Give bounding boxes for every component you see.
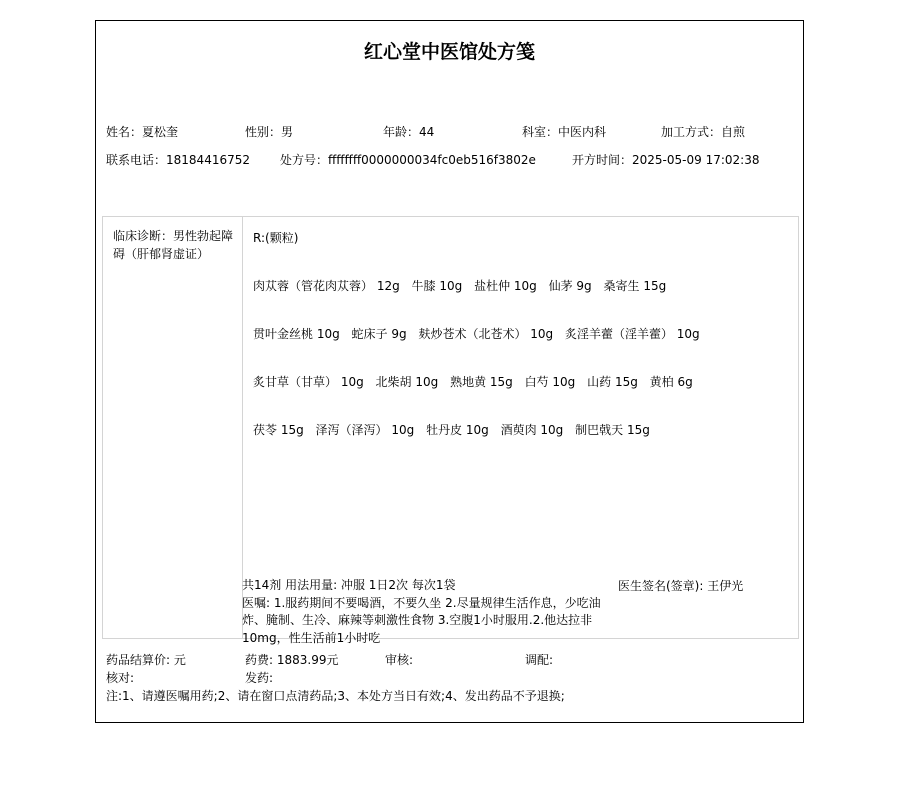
medicine-item: 牛膝 10g: [412, 279, 463, 293]
doctor-name: 王伊光: [707, 579, 743, 593]
prescription-box: 临床诊断：男性勃起障碍（肝郁肾虚证） R:(颗粒) 肉苁蓉（管花肉苁蓉） 12g…: [102, 216, 799, 639]
diagnosis-label: 临床诊断：: [113, 229, 173, 243]
patient-age: 年龄：44: [383, 123, 434, 140]
medicine-item: 蛇床子 9g: [352, 327, 407, 341]
age-value: 44: [419, 125, 434, 139]
rx-number-label: 处方号：: [280, 153, 328, 167]
medicine-item: 北柴胡 10g: [376, 375, 439, 389]
medicine-item: 牡丹皮 10g: [426, 423, 489, 437]
medicine-item: 黄柏 6g: [650, 375, 693, 389]
medicine-item: 盐杜仲 10g: [474, 279, 537, 293]
issue-field: 发药:: [245, 669, 273, 686]
fee-value: 1883.99元: [277, 653, 339, 667]
medicine-line-4: 茯苓 15g 泽泻（泽泻） 10g 牡丹皮 10g 酒萸肉 10g 制巴戟天 1…: [253, 421, 658, 438]
review-field: 审核:: [385, 651, 413, 668]
drug-fee: 药费: 1883.99元: [245, 651, 338, 668]
dispense-field: 调配:: [525, 651, 553, 668]
age-label: 年龄：: [383, 125, 419, 139]
medicine-line-3: 炙甘草（甘草） 10g 北柴胡 10g 熟地黄 15g 白芍 10g 山药 15…: [253, 373, 701, 390]
phone: 联系电话：18184416752: [106, 151, 250, 168]
rx-time: 开方时间：2025-05-09 17:02:38: [572, 151, 759, 168]
rx-number: 处方号：ffffffff0000000034fc0eb516f3802e: [280, 151, 536, 168]
name-value: 夏松奎: [142, 125, 178, 139]
medical-advice: 医嘱: 1.服药期间不要喝酒，不要久坐 2.尽量规律生活作息，少吃油炸、腌制、生…: [242, 595, 622, 648]
medicine-item: 山药 15g: [587, 375, 638, 389]
gender-label: 性别：: [245, 125, 281, 139]
fee-label: 药费:: [245, 653, 277, 667]
patient-name: 姓名：夏松奎: [106, 123, 178, 140]
rx-time-value: 2025-05-09 17:02:38: [632, 153, 759, 167]
medicine-item: 桑寄生 15g: [604, 279, 667, 293]
settle-price: 药品结算价: 元: [106, 651, 186, 668]
processing-value: 自煎: [721, 125, 745, 139]
phone-label: 联系电话：: [106, 153, 166, 167]
department-label: 科室：: [522, 125, 558, 139]
name-label: 姓名：: [106, 125, 142, 139]
medicine-item: 制巴戟天 15g: [575, 423, 650, 437]
prescription-sheet: 红心堂中医馆处方笺 姓名：夏松奎 性别：男 年龄：44 科室：中医内科 加工方式…: [95, 20, 804, 723]
gender-value: 男: [281, 125, 293, 139]
medicine-item: 炙淫羊藿（淫羊藿） 10g: [565, 327, 700, 341]
check-field: 核对:: [106, 669, 134, 686]
doctor-label: 医生签名(签章):: [618, 579, 707, 593]
processing-method: 加工方式：自煎: [661, 123, 745, 140]
medicine-item: 白芍 10g: [525, 375, 576, 389]
medicine-item: 贯叶金丝桃 10g: [253, 327, 340, 341]
advice-text: 1.服药期间不要喝酒，不要久坐 2.尽量规律生活作息，少吃油炸、腌制、生冷、麻辣…: [242, 596, 601, 645]
doctor-signature: 医生签名(签章): 王伊光: [618, 577, 743, 594]
medicine-item: 泽泻（泽泻） 10g: [316, 423, 415, 437]
medicine-item: 炙甘草（甘草） 10g: [253, 375, 364, 389]
usage-text: 共14剂 用法用量: 冲服 1日2次 每次1袋: [242, 577, 622, 595]
processing-label: 加工方式：: [661, 125, 721, 139]
usage-section: 共14剂 用法用量: 冲服 1日2次 每次1袋 医嘱: 1.服药期间不要喝酒，不…: [242, 577, 622, 647]
phone-value: 18184416752: [166, 153, 250, 167]
page-title: 红心堂中医馆处方笺: [96, 37, 803, 64]
rx-header: R:(颗粒): [253, 229, 298, 246]
patient-gender: 性别：男: [245, 123, 293, 140]
diagnosis: 临床诊断：男性勃起障碍（肝郁肾虚证）: [113, 227, 237, 263]
rx-time-label: 开方时间：: [572, 153, 632, 167]
medicine-item: 肉苁蓉（管花肉苁蓉） 12g: [253, 279, 400, 293]
medicine-line-2: 贯叶金丝桃 10g 蛇床子 9g 麸炒苍术（北苍术） 10g 炙淫羊藿（淫羊藿）…: [253, 325, 708, 342]
medicine-line-1: 肉苁蓉（管花肉苁蓉） 12g 牛膝 10g 盐杜仲 10g 仙茅 9g 桑寄生 …: [253, 277, 674, 294]
medicine-item: 熟地黄 15g: [450, 375, 513, 389]
advice-label: 医嘱:: [242, 596, 274, 610]
department-value: 中医内科: [558, 125, 606, 139]
medicine-item: 仙茅 9g: [549, 279, 592, 293]
notes: 注:1、请遵医嘱用药;2、请在窗口点清药品;3、本处方当日有效;4、发出药品不予…: [106, 687, 565, 704]
medicine-item: 茯苓 15g: [253, 423, 304, 437]
department: 科室：中医内科: [522, 123, 606, 140]
medicine-item: 酒萸肉 10g: [501, 423, 564, 437]
rx-number-value: ffffffff0000000034fc0eb516f3802e: [328, 153, 536, 167]
medicine-item: 麸炒苍术（北苍术） 10g: [418, 327, 553, 341]
column-divider: [242, 217, 243, 638]
